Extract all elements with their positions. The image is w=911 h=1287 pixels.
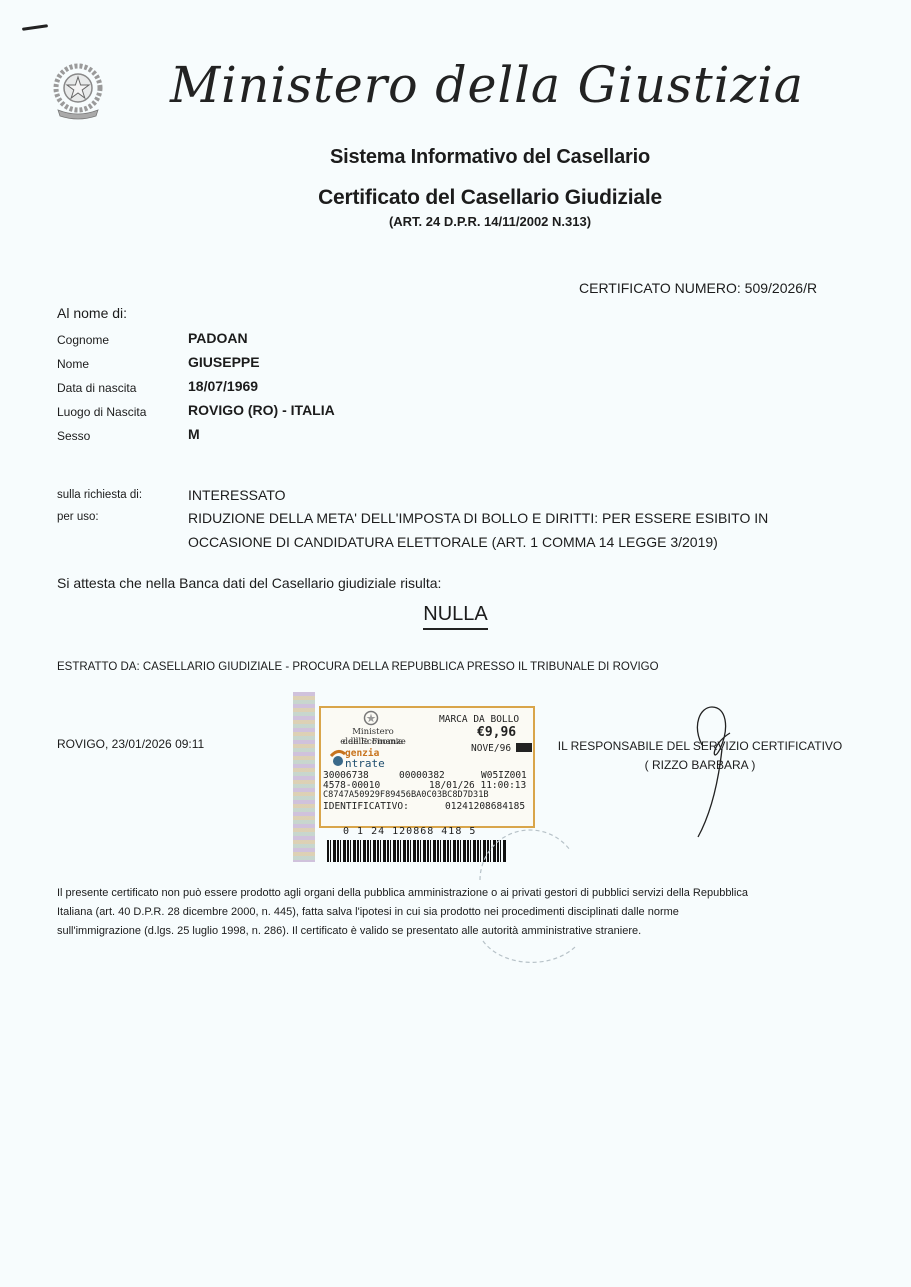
first-name-value: GIUSEPPE bbox=[188, 354, 260, 370]
stamp-body: Ministero dell'Economia e delle Finanze … bbox=[319, 706, 535, 828]
name-intro: Al nome di: bbox=[57, 305, 127, 321]
result-outcome: NULLA bbox=[0, 603, 911, 626]
stamp-issuer-line2: e delle Finanze bbox=[323, 737, 423, 747]
requested-by-label: sulla richiesta di: bbox=[57, 489, 142, 501]
sex-label: Sesso bbox=[57, 429, 90, 443]
system-title: Sistema Informativo del Casellario bbox=[0, 146, 911, 169]
stamp-amount: €9,96 bbox=[477, 725, 516, 740]
requested-by-value: INTERESSATO bbox=[188, 484, 286, 506]
birth-date-value: 18/07/1969 bbox=[188, 378, 258, 394]
use-label: per uso: bbox=[57, 511, 99, 523]
footer-line-2: Italiana (art. 40 D.P.R. 28 dicembre 200… bbox=[57, 903, 857, 922]
use-line-2: OCCASIONE DI CANDIDATURA ELETTORALE (ART… bbox=[188, 531, 718, 553]
stamp-id-label: IDENTIFICATIVO: bbox=[323, 801, 409, 812]
footer-line-1: Il presente certificato non può essere p… bbox=[57, 884, 857, 903]
ministry-title: Ministero della Giustizia bbox=[170, 56, 804, 114]
place-date: ROVIGO, 23/01/2026 09:11 bbox=[57, 737, 204, 751]
barcode-number: 0 1 24 120868 418 5 bbox=[343, 826, 476, 837]
stamp-hash: C8747A50929F89456BA0C03BC8D7D31B bbox=[323, 790, 489, 800]
sex-value: M bbox=[188, 426, 200, 442]
result-outcome-text: NULLA bbox=[423, 603, 487, 630]
surname-label: Cognome bbox=[57, 333, 109, 347]
footer-line-3: sull'immigrazione (d.lgs. 25 luglio 1998… bbox=[57, 922, 857, 941]
first-name-label: Nome bbox=[57, 357, 89, 371]
scan-mark bbox=[22, 24, 48, 31]
attestation-text: Si attesta che nella Banca dati del Case… bbox=[57, 575, 441, 591]
use-line-1: RIDUZIONE DELLA META' DELL'IMPOSTA DI BO… bbox=[188, 507, 768, 529]
agency-logo-icon bbox=[329, 748, 347, 768]
stamp-type: MARCA DA BOLLO bbox=[439, 714, 519, 725]
emblem-icon bbox=[363, 710, 379, 726]
extracted-from: ESTRATTO DA: CASELLARIO GIUDIZIALE - PRO… bbox=[57, 661, 659, 673]
surname-value: PADOAN bbox=[188, 330, 248, 346]
legal-reference: (ART. 24 D.P.R. 14/11/2002 N.313) bbox=[0, 214, 911, 229]
certificate-number: CERTIFICATO NUMERO: 509/2026/R bbox=[579, 280, 817, 296]
official-seal-bottom bbox=[475, 935, 585, 975]
italian-emblem-icon bbox=[50, 60, 106, 122]
page-title: Certificato del Casellario Giudiziale bbox=[0, 186, 911, 210]
birth-place-label: Luogo di Nascita bbox=[57, 405, 146, 419]
stamp-id-value: 01241208684185 bbox=[445, 801, 525, 812]
agency-line2: ntrate bbox=[345, 757, 385, 770]
stamp-black-mark bbox=[516, 743, 532, 752]
official-seal-top bbox=[470, 820, 580, 890]
legal-footer: Il presente certificato non può essere p… bbox=[57, 884, 857, 941]
stamp-subtitle: NOVE/96 bbox=[471, 743, 511, 754]
signature-scribble bbox=[690, 705, 760, 845]
birth-date-label: Data di nascita bbox=[57, 381, 136, 395]
stamp-hologram-band bbox=[293, 692, 315, 862]
birth-place-value: ROVIGO (RO) - ITALIA bbox=[188, 402, 335, 418]
